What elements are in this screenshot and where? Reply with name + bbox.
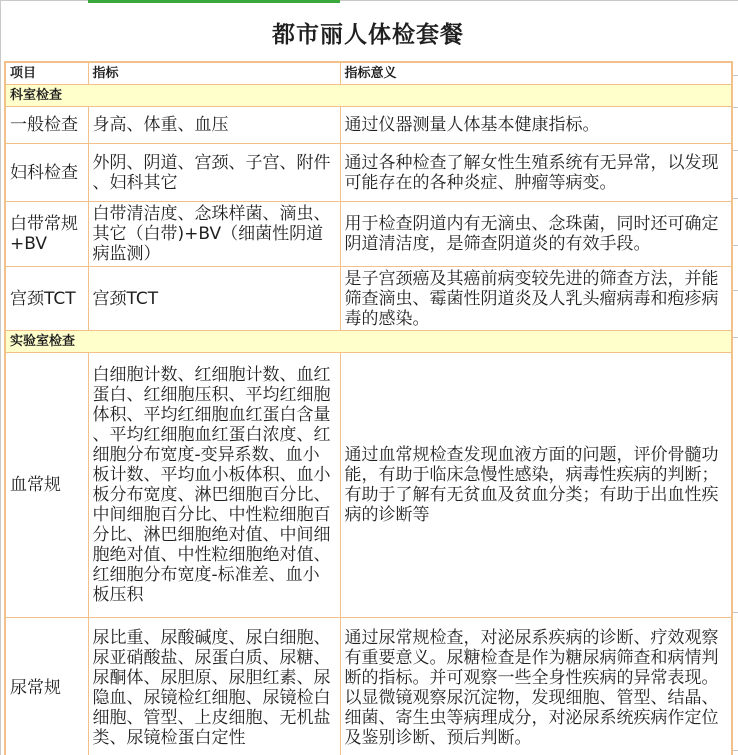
cell-meaning[interactable]: 通过血常规检查发现血液方面的问题，评价骨髓功能，有助于临床急慢性感染，病毒性疾病…: [340, 353, 732, 618]
page-title: 都市丽人体检套餐: [5, 4, 731, 60]
table-row-gynecology-exam: 妇科检查 外阴、阴道、宫颈、子宫、附件、妇科其它 通过各种检查了解女性生殖系统有…: [5, 144, 732, 202]
table-row-blood-routine: 血常规 白细胞计数、红细胞计数、血红蛋白、红细胞压积、平均红细胞体积、平均红细胞…: [5, 353, 732, 618]
section-row-laboratory: 实验室检查: [5, 331, 732, 353]
cell-meaning[interactable]: 通过尿常规检查，对泌尿系疾病的诊断、疗效观察有重要意义。尿糖检查是作为糖尿病筛查…: [340, 618, 732, 755]
cell-indicator[interactable]: 身高、体重、血压: [88, 107, 340, 144]
cell-meaning[interactable]: 是子宫颈癌及其癌前病变较先进的筛查方法，并能筛查滴虫、霉菌性阴道炎及人乳头瘤病毒…: [340, 267, 732, 331]
table-row-urine-routine: 尿常规 尿比重、尿酸碱度、尿白细胞、尿亚硝酸盐、尿蛋白质、尿糖、尿酮体、尿胆原、…: [5, 618, 732, 755]
table-row-leukorrhea-bv: 白带常规+BV 白带清洁度、念珠样菌、滴虫、其它（白带)+BV（细菌性阴道病监测…: [5, 202, 732, 267]
table-header-row: 项目 指标 指标意义: [5, 62, 732, 85]
section-title[interactable]: 科室检查: [5, 85, 732, 107]
exam-package-table: 项目 指标 指标意义 科室检查 一般检查 身高、体重、血压 通过仪器测量人体基本…: [4, 61, 733, 755]
column-header-indicator[interactable]: 指标: [88, 62, 340, 85]
section-title[interactable]: 实验室检查: [5, 331, 732, 353]
cell-item[interactable]: 宫颈TCT: [5, 267, 88, 331]
cell-meaning[interactable]: 通过仪器测量人体基本健康指标。: [340, 107, 732, 144]
cell-meaning[interactable]: 用于检查阴道内有无滴虫、念珠菌，同时还可确定阴道清洁度，是筛查阴道炎的有效手段。: [340, 202, 732, 267]
spreadsheet-canvas: 都市丽人体检套餐 项目 指标 指标意义 科室检查 一般检查 身高、体重、血压 通…: [0, 0, 738, 755]
cell-item[interactable]: 一般检查: [5, 107, 88, 144]
cell-item[interactable]: 尿常规: [5, 618, 88, 755]
cell-indicator[interactable]: 宫颈TCT: [88, 267, 340, 331]
table-row-cervical-tct: 宫颈TCT 宫颈TCT 是子宫颈癌及其癌前病变较先进的筛查方法，并能筛查滴虫、霉…: [5, 267, 732, 331]
cell-meaning[interactable]: 通过各种检查了解女性生殖系统有无异常，以发现可能存在的各种炎症、肿瘤等病变。: [340, 144, 732, 202]
gridline-left: [0, 0, 1, 755]
cell-item[interactable]: 血常规: [5, 353, 88, 618]
cell-item[interactable]: 白带常规+BV: [5, 202, 88, 267]
cell-indicator[interactable]: 白细胞计数、红细胞计数、血红蛋白、红细胞压积、平均红细胞体积、平均红细胞血红蛋白…: [88, 353, 340, 618]
cell-indicator[interactable]: 外阴、阴道、宫颈、子宫、附件、妇科其它: [88, 144, 340, 202]
section-row-department: 科室检查: [5, 85, 732, 107]
column-header-item[interactable]: 项目: [5, 62, 88, 85]
table-row-general-exam: 一般检查 身高、体重、血压 通过仪器测量人体基本健康指标。: [5, 107, 732, 144]
cell-item[interactable]: 妇科检查: [5, 144, 88, 202]
selection-top-border: [88, 0, 340, 3]
column-header-meaning[interactable]: 指标意义: [340, 62, 732, 85]
cell-indicator[interactable]: 白带清洁度、念珠样菌、滴虫、其它（白带)+BV（细菌性阴道病监测）: [88, 202, 340, 267]
cell-indicator[interactable]: 尿比重、尿酸碱度、尿白细胞、尿亚硝酸盐、尿蛋白质、尿糖、尿酮体、尿胆原、尿胆红素…: [88, 618, 340, 755]
